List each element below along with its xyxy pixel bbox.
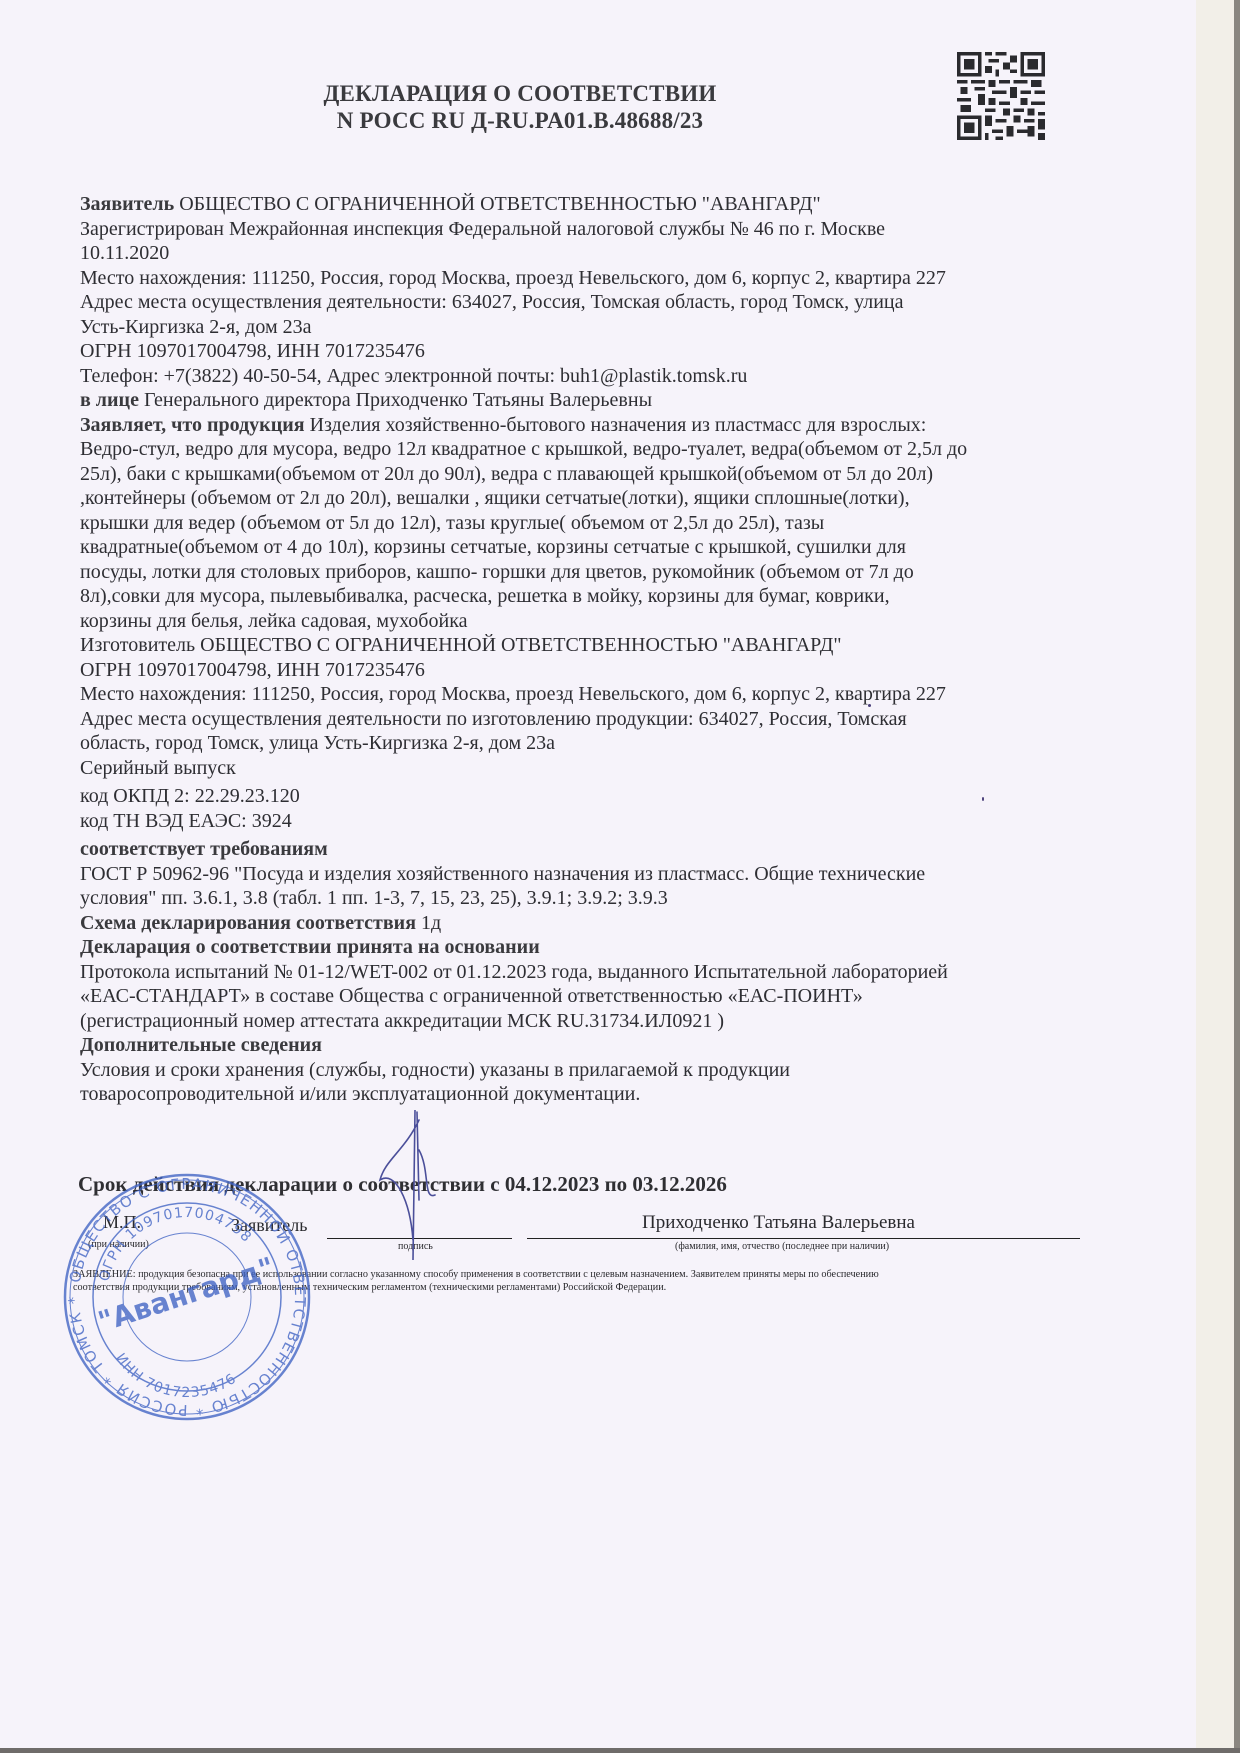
basis-label: Декларация о соответствии принята на осн… — [80, 936, 540, 958]
scan-speck — [982, 797, 984, 801]
document-title: ДЕКЛАРАЦИЯ О СООТВЕТСТВИИ N РОСС RU Д-RU… — [240, 80, 800, 134]
product-line: Изделия хозяйственно-бытового назначения… — [310, 414, 927, 436]
scheme-label: Схема декларирования соответствия — [80, 912, 416, 934]
title-line-1: ДЕКЛАРАЦИЯ О СООТВЕТСТВИИ — [240, 80, 800, 107]
scanner-edge — [1234, 0, 1240, 1753]
scan-speck — [868, 704, 871, 707]
safety-statement: ЗАЯВЛЕНИЕ: продукция безопасна при ее ис… — [73, 1268, 1073, 1294]
product-line: 8л),совки для мусора, пылевыбивалка, рас… — [80, 584, 1090, 609]
represented-by: Генерального директора Приходченко Татья… — [144, 389, 652, 411]
declares-label: Заявляет, что продукция — [80, 414, 305, 436]
requirements-heading: соответствует требованиям — [80, 837, 1090, 862]
applicant-row: Заявитель ОБЩЕСТВО С ОГРАНИЧЕННОЙ ОТВЕТС… — [80, 192, 1090, 217]
seal-label: М.П. — [103, 1212, 141, 1233]
applicant-label: Заявитель — [80, 193, 174, 215]
applicant-ogrn-inn: ОГРН 1097017004798, ИНН 7017235476 — [80, 339, 1090, 364]
validity-period: Срок действия декларации о соответствии … — [78, 1172, 727, 1197]
requirements-label: соответствует требованиям — [80, 838, 328, 860]
statement-line-2: соответствия продукции требованиям, уста… — [73, 1281, 1073, 1294]
additional-heading: Дополнительные сведения — [80, 1033, 1090, 1058]
seal-note: (при наличии) — [88, 1239, 149, 1250]
additional-line-2: товаросопроводительной и/или эксплуатаци… — [80, 1082, 1090, 1107]
product-line: посуды, лотки для столовых приборов, каш… — [80, 560, 1090, 585]
represented-row: в лице Генерального директора Приходченк… — [80, 388, 1090, 413]
page-margin-strip — [1196, 0, 1234, 1748]
represented-label: в лице — [80, 389, 139, 411]
applicant-activity-address-1: Адрес места осуществления деятельности: … — [80, 290, 1090, 315]
registration-line-2: 10.11.2020 — [80, 241, 1090, 266]
applicant-location: Место нахождения: 111250, Россия, город … — [80, 266, 1090, 291]
basis-line-1: Протокола испытаний № 01-12/WET-002 от 0… — [80, 960, 1090, 985]
production-address-1: Адрес места осуществления деятельности п… — [80, 707, 1090, 732]
applicant-name: ОБЩЕСТВО С ОГРАНИЧЕННОЙ ОТВЕТСТВЕННОСТЬЮ… — [179, 193, 820, 215]
additional-line-1: Условия и сроки хранения (службы, годнос… — [80, 1058, 1090, 1083]
applicant-activity-address-2: Усть-Киргизка 2-я, дом 23а — [80, 315, 1090, 340]
qr-code-icon — [957, 52, 1045, 140]
okpd2-code: код ОКПД 2: 22.29.23.120 — [80, 784, 1090, 809]
requirements-line-2: условия" пп. 3.6.1, 3.8 (табл. 1 пп. 1-3… — [80, 886, 1090, 911]
production-address-2: область, город Томск, улица Усть-Киргизк… — [80, 731, 1090, 756]
tn-ved-code: код ТН ВЭД ЕАЭС: 3924 — [80, 809, 1090, 834]
product-row: Заявляет, что продукция Изделия хозяйств… — [80, 413, 1090, 438]
applicant-contacts: Телефон: +7(3822) 40-50-54, Адрес электр… — [80, 364, 1090, 389]
scheme-value: 1д — [421, 912, 441, 934]
product-line: 25л), баки с крышками(объемом от 20л до … — [80, 462, 1090, 487]
product-line: ,контейнеры (объемом от 2л до 20л), веша… — [80, 486, 1090, 511]
manufacturer-label: Изготовитель — [80, 634, 195, 656]
product-line: Ведро-стул, ведро для мусора, ведро 12л … — [80, 437, 1090, 462]
basis-line-3: (регистрационный номер аттестата аккреди… — [80, 1009, 1090, 1034]
manufacturer-ogrn-inn: ОГРН 1097017004798, ИНН 7017235476 — [80, 658, 1090, 683]
product-line: крышки для ведер (объемом от 5л до 12л),… — [80, 511, 1090, 536]
signer-full-name: Приходченко Татьяна Валерьевна — [642, 1212, 915, 1234]
requirements-line-1: ГОСТ Р 50962-96 "Посуда и изделия хозяйс… — [80, 862, 1090, 887]
signature-note: подпись — [398, 1241, 433, 1252]
registration-line-1: Зарегистрирован Межрайонная инспекция Фе… — [80, 217, 1090, 242]
full-name-line — [527, 1238, 1080, 1239]
signature-line — [327, 1238, 512, 1239]
release-type: Серийный выпуск — [80, 756, 1090, 781]
manufacturer-row: Изготовитель ОБЩЕСТВО С ОГРАНИЧЕННОЙ ОТВ… — [80, 633, 1090, 658]
additional-label: Дополнительные сведения — [80, 1034, 322, 1056]
signer-role-label: Заявитель — [231, 1215, 307, 1236]
declaration-body: Заявитель ОБЩЕСТВО С ОГРАНИЧЕННОЙ ОТВЕТС… — [80, 192, 1090, 1107]
product-line: квадратные(объемом от 4 до 10л), корзины… — [80, 535, 1090, 560]
scanner-edge-bottom — [0, 1748, 1240, 1753]
manufacturer-location: Место нахождения: 111250, Россия, город … — [80, 682, 1090, 707]
scheme-row: Схема декларирования соответствия 1д — [80, 911, 1090, 936]
statement-line-1: ЗАЯВЛЕНИЕ: продукция безопасна при ее ис… — [73, 1268, 1073, 1281]
declaration-number: N РОСС RU Д-RU.PA01.B.48688/23 — [240, 107, 800, 134]
manufacturer-name: ОБЩЕСТВО С ОГРАНИЧЕННОЙ ОТВЕТСТВЕННОСТЬЮ… — [200, 634, 841, 656]
product-line: корзины для белья, лейка садовая, мухобо… — [80, 609, 1090, 634]
full-name-note: (фамилия, имя, отчество (последнее при н… — [675, 1241, 889, 1252]
basis-line-2: «ЕАС-СТАНДАРТ» в составе Общества с огра… — [80, 984, 1090, 1009]
basis-heading: Декларация о соответствии принята на осн… — [80, 935, 1090, 960]
